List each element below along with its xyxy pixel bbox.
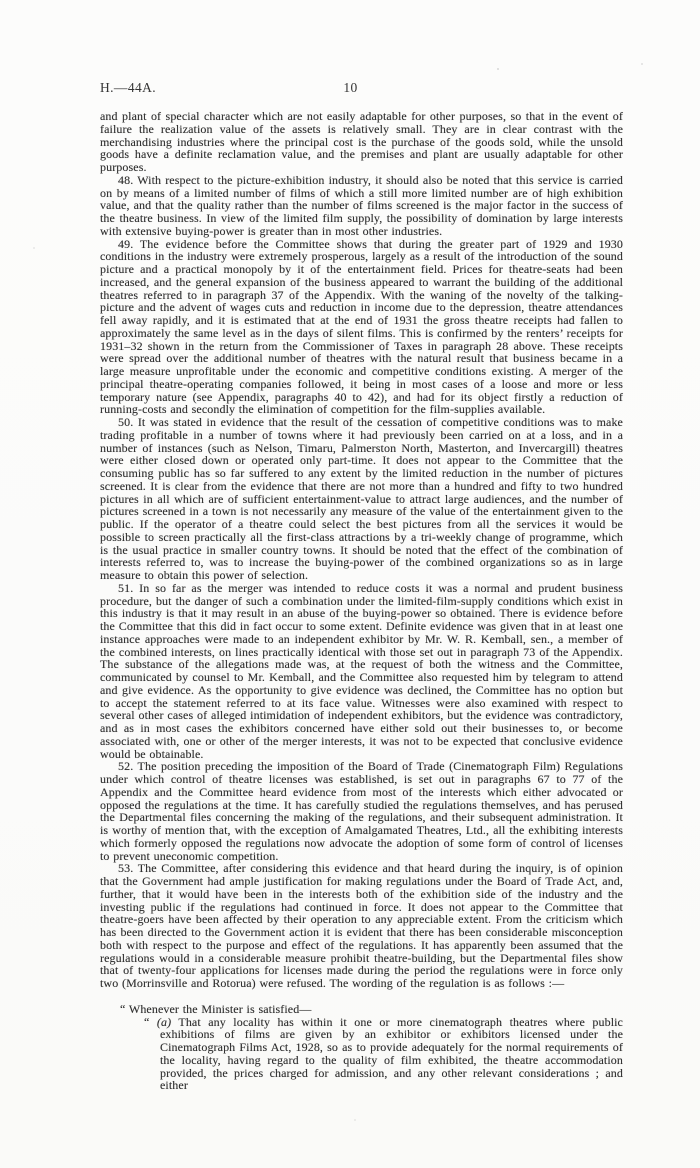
paragraph-48: 48. With respect to the picture-exhibiti… xyxy=(100,174,623,238)
page-content: H.—44A. 10 and plant of special characte… xyxy=(100,80,623,1092)
paragraph-53: 53. The Committee, after considering thi… xyxy=(100,862,623,990)
scanned-document-page: H.—44A. 10 and plant of special characte… xyxy=(0,0,700,1168)
paragraph-52: 52. The position preceding the impositio… xyxy=(100,760,623,862)
paragraph-49: 49. The evidence before the Committee sh… xyxy=(100,238,623,417)
page-number: 10 xyxy=(100,80,601,96)
regulation-quote: “ Whenever the Minister is satisfied— “ … xyxy=(100,1003,623,1092)
scan-specks xyxy=(0,0,2,2)
paragraph-51: 51. In so far as the merger was intended… xyxy=(100,582,623,761)
regulation-clause-a: “ (a) That any locality has within it on… xyxy=(120,1016,623,1093)
page-header: H.—44A. 10 xyxy=(100,80,623,95)
clause-a-text: That any locality has within it one or m… xyxy=(160,1015,623,1093)
paragraph-50: 50. It was stated in evidence that the r… xyxy=(100,416,623,582)
paragraph-continuation: and plant of special character which are… xyxy=(100,110,623,174)
body-text: and plant of special character which are… xyxy=(100,110,623,990)
clause-a-quote-mark: “ xyxy=(144,1015,157,1029)
